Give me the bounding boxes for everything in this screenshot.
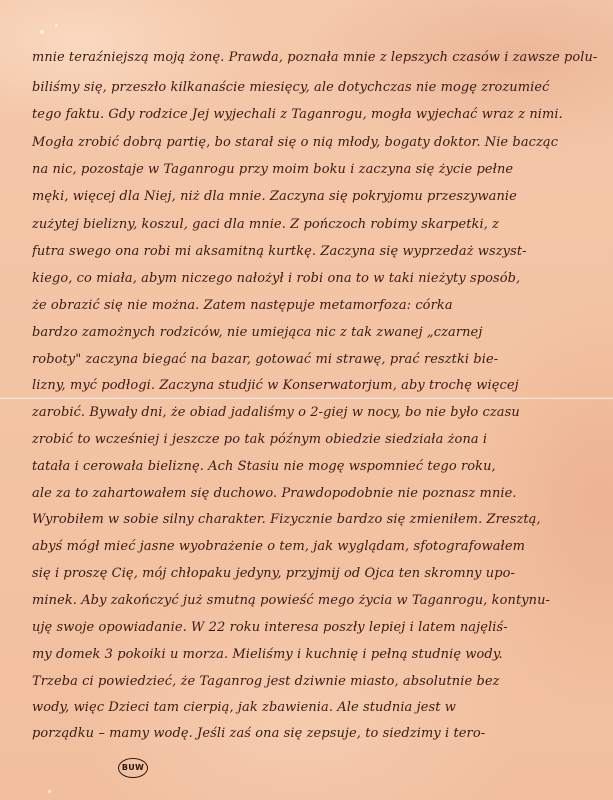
library-stamp: BUW	[118, 758, 148, 778]
letter-line-15: zrobić to wcześniej i jeszcze po tak póź…	[32, 432, 597, 448]
letter-line-3: tego faktu. Gdy rodzice Jej wyjechali z …	[32, 107, 597, 123]
letter-line-23: my domek 3 pokoiki u morza. Mieliśmy i k…	[32, 647, 597, 663]
paper-speck	[48, 790, 51, 793]
paper-speck	[40, 30, 44, 34]
letter-line-22: uję swoje opowiadanie. W 22 roku interes…	[32, 620, 597, 636]
letter-line-16: tatała i cerowała bieliznę. Ach Stasiu n…	[32, 459, 597, 475]
letter-line-21: minek. Aby zakończyć już smutną powieść …	[32, 593, 597, 609]
letter-line-11: bardzo zamożnych rodziców, nie umiejąca …	[32, 325, 597, 341]
letter-line-14: zarobić. Bywały dni, że obiad jadaliśmy …	[32, 405, 597, 421]
letter-line-24: Trzeba ci powiedzieć, że Taganrog jest d…	[32, 674, 597, 690]
letter-page: mnie teraźniejszą moją żonę. Prawda, poz…	[0, 0, 613, 800]
letter-line-13: lizny, myć podłogi. Zaczyna studjić w Ko…	[32, 378, 597, 394]
letter-line-26: porządku – mamy wodę. Jeśli zaś ona się …	[32, 726, 597, 742]
letter-line-12: roboty" zaczyna biegać na bazar, gotować…	[32, 352, 597, 368]
letter-line-2: biliśmy się, przeszło kilkanaście miesię…	[32, 80, 597, 96]
letter-line-17: ale za to zahartowałem się duchowo. Praw…	[32, 486, 597, 502]
letter-line-25: wody, więc Dzieci tam cierpią, jak zbawi…	[32, 700, 597, 716]
letter-line-7: zużytej bielizny, koszul, gaci dla mnie.…	[32, 217, 597, 233]
paper-speck	[55, 24, 58, 27]
letter-line-10: że obrazić się nie można. Zatem następuj…	[32, 298, 597, 314]
letter-line-19: abyś mógł mieć jasne wyobrażenie o tem, …	[32, 539, 597, 555]
letter-line-1: mnie teraźniejszą moją żonę. Prawda, poz…	[32, 50, 597, 66]
letter-line-5: na nic, pozostaje w Taganrogu przy moim …	[32, 162, 597, 178]
letter-line-6: męki, więcej dla Niej, niż dla mnie. Zac…	[32, 189, 597, 205]
letter-line-4: Mogła zrobić dobrą partię, bo starał się…	[32, 135, 597, 151]
letter-line-20: się i proszę Cię, mój chłopaku jedyny, p…	[32, 566, 597, 582]
letter-line-9: kiego, co miała, abym niczego nałożył i …	[32, 271, 597, 287]
paper-fold-line	[0, 397, 613, 400]
letter-line-8: futra swego ona robi mi aksamitną kurtkę…	[32, 244, 597, 260]
letter-line-18: Wyrobiłem w sobie silny charakter. Fizyc…	[32, 512, 597, 528]
